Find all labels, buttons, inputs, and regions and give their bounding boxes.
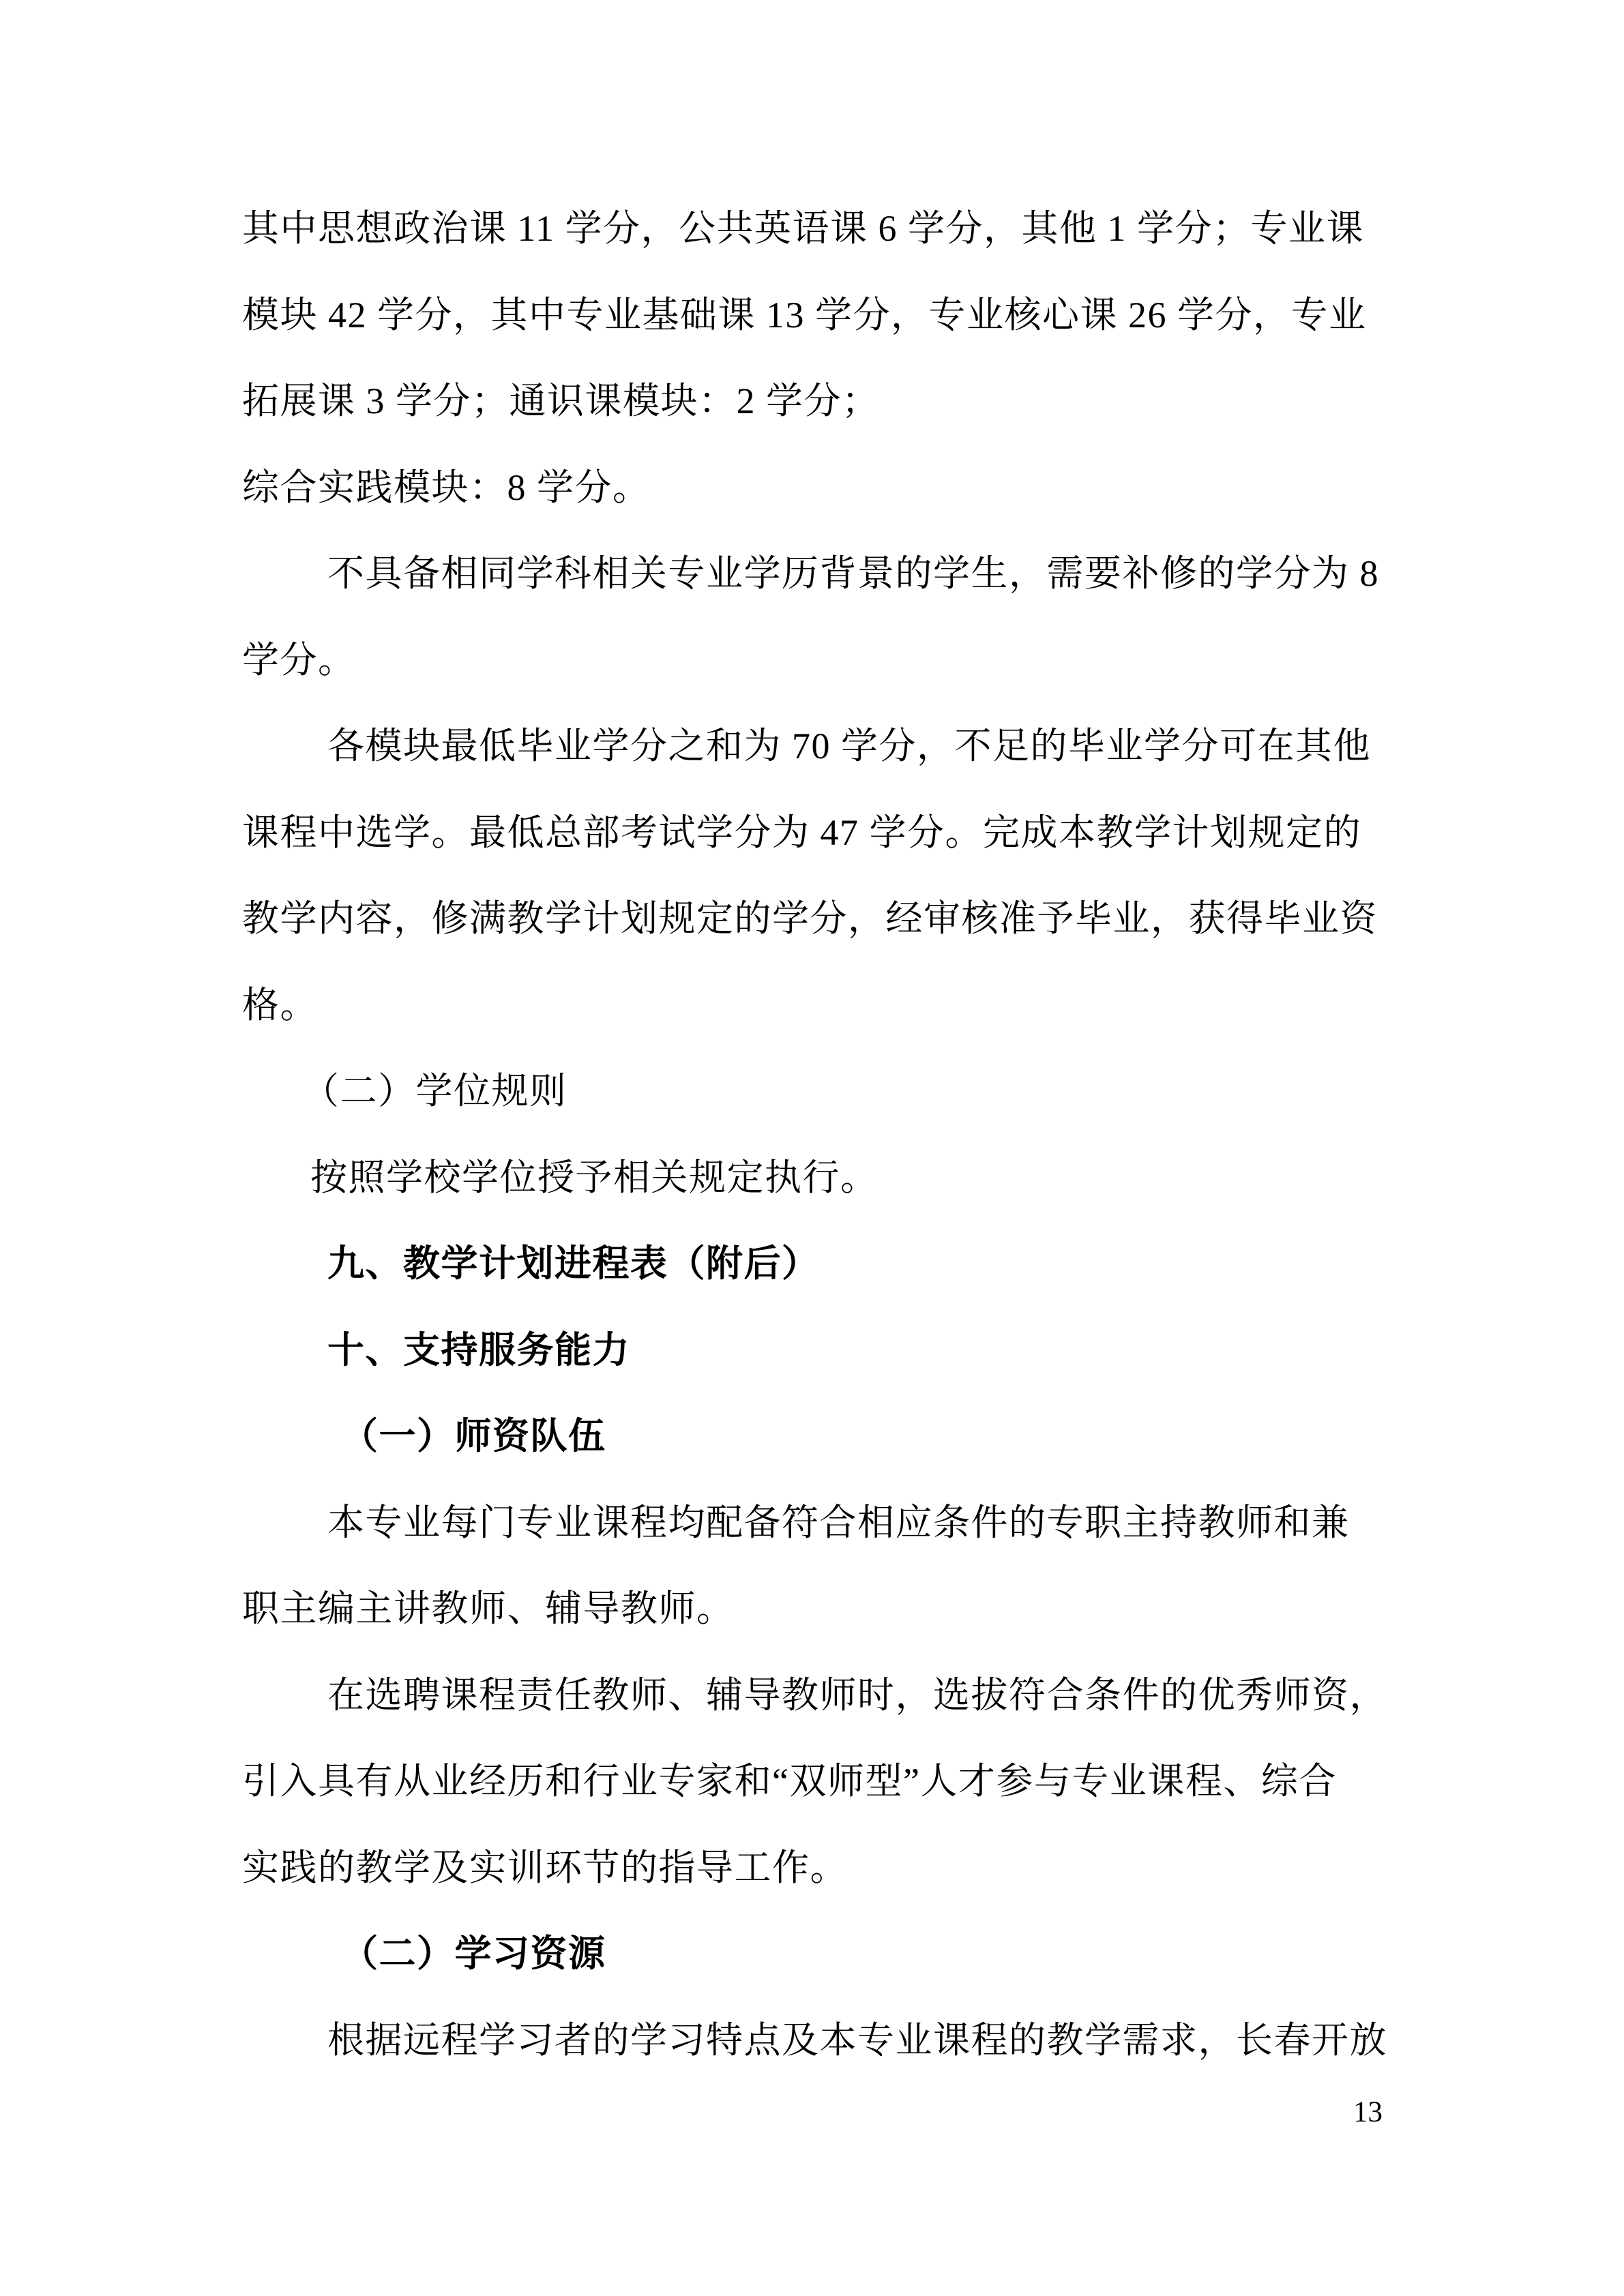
text-line: 不具备相同学科相关专业学历背景的学生，需要补修的学分为 8	[242, 531, 1383, 617]
text-line: （二）学习资源	[242, 1911, 1383, 1997]
text-line: 九、教学计划进程表（附后）	[242, 1221, 1383, 1307]
text-line: 十、支持服务能力	[242, 1307, 1383, 1394]
text-line: 拓展课 3 学分；通识课模块：2 学分；	[242, 358, 1383, 445]
text-line: （一）师资队伍	[242, 1393, 1383, 1480]
text-line: 课程中选学。最低总部考试学分为 47 学分。完成本教学计划规定的	[242, 790, 1383, 876]
document-page: 其中思想政治课 11 学分，公共英语课 6 学分，其他 1 学分；专业课模块 4…	[0, 0, 1624, 2296]
text-line: 学分。	[242, 617, 1383, 704]
text-line: 实践的教学及实训环节的指导工作。	[242, 1825, 1383, 1911]
text-line: 模块 42 学分，其中专业基础课 13 学分，专业核心课 26 学分，专业	[242, 272, 1383, 359]
text-block: 其中思想政治课 11 学分，公共英语课 6 学分，其他 1 学分；专业课模块 4…	[242, 185, 1383, 2083]
page-number: 13	[242, 2095, 1383, 2130]
text-line: 按照学校学位授予相关规定执行。	[242, 1135, 1383, 1221]
text-line: 综合实践模块：8 学分。	[242, 445, 1383, 531]
text-line: 根据远程学习者的学习特点及本专业课程的教学需求，长春开放	[242, 1997, 1383, 2084]
text-line: 其中思想政治课 11 学分，公共英语课 6 学分，其他 1 学分；专业课	[242, 185, 1383, 272]
text-line: 在选聘课程责任教师、辅导教师时，选拔符合条件的优秀师资，	[242, 1652, 1383, 1739]
text-line: 教学内容，修满教学计划规定的学分，经审核准予毕业，获得毕业资	[242, 876, 1383, 962]
text-line: 职主编主讲教师、辅导教师。	[242, 1566, 1383, 1652]
text-line: 格。	[242, 962, 1383, 1049]
text-line: 引入具有从业经历和行业专家和“双师型”人才参与专业课程、综合	[242, 1738, 1383, 1825]
text-line: （二）学位规则	[242, 1048, 1383, 1135]
text-line: 本专业每门专业课程均配备符合相应条件的专职主持教师和兼	[242, 1480, 1383, 1566]
text-line: 各模块最低毕业学分之和为 70 学分，不足的毕业学分可在其他	[242, 703, 1383, 790]
